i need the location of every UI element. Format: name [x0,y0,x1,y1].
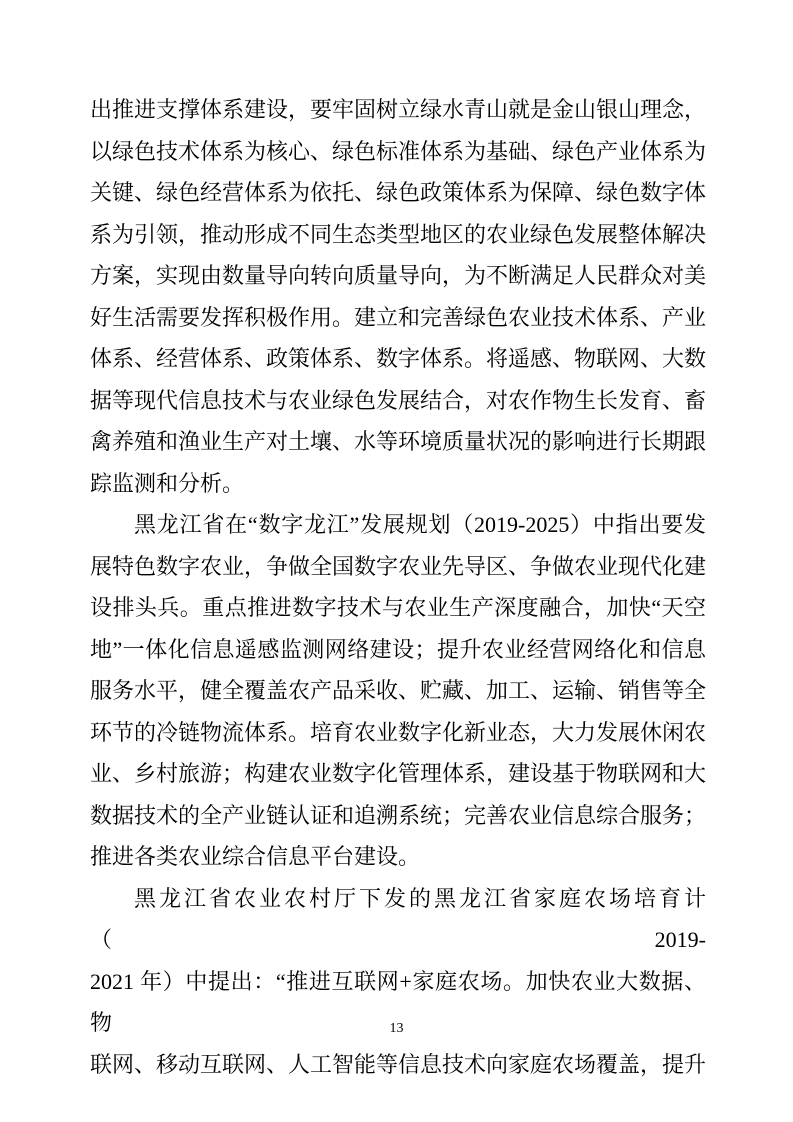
text-line: 关键、绿色经营体系为依托、绿色政策体系为保障、绿色数字体 [90,172,706,214]
text-line: 踪监测和分析。 [90,463,706,505]
text-line: 地”一体化信息遥感监测网络建设；提升农业经营网络化和信息 [90,629,706,671]
text-line: 据等现代信息技术与农业绿色发展结合，对农作物生长发育、畜 [90,380,706,422]
text-line: 禽养殖和渔业生产对土壤、水等环境质量状况的影响进行长期跟 [90,421,706,463]
text-line: 黑龙江省农业农村厅下发的黑龙江省家庭农场培育计（2019- [90,878,706,961]
text-line: 以绿色技术体系为核心、绿色标准体系为基础、绿色产业体系为 [90,131,706,173]
text-line: 数据技术的全产业链认证和追溯系统；完善农业信息综合服务； [90,795,706,837]
text-line: 环节的冷链物流体系。培育农业数字化新业态，大力发展休闲农 [90,712,706,754]
text-line: 方案，实现由数量导向转向质量导向，为不断满足人民群众对美 [90,255,706,297]
text-line: 展特色数字农业，争做全国数字农业先导区、争做农业现代化建 [90,546,706,588]
text-line: 体系、经营体系、政策体系、数字体系。将遥感、物联网、大数 [90,338,706,380]
text-line: 系为引领，推动形成不同生态类型地区的农业绿色发展整体解决 [90,214,706,256]
text-line: 设排头兵。重点推进数字技术与农业生产深度融合，加快“天空 [90,587,706,629]
text-line: 业、乡村旅游；构建农业数字化管理体系，建设基于物联网和大 [90,753,706,795]
text-line: 联网、移动互联网、人工智能等信息技术向家庭农场覆盖，提升 [90,1044,706,1086]
text-line: 服务水平，健全覆盖农产品采收、贮藏、加工、运输、销售等全 [90,670,706,712]
document-body: 出推进支撑体系建设，要牢固树立绿水青山就是金山银山理念，以绿色技术体系为核心、绿… [90,89,706,1085]
text-line: 黑龙江省在“数字龙江”发展规划（2019-2025）中指出要发 [90,504,706,546]
text-line: 好生活需要发挥积极作用。建立和完善绿色农业技术体系、产业 [90,297,706,339]
text-line: 推进各类农业综合信息平台建设。 [90,836,706,878]
page-number: 13 [0,1021,793,1037]
text-line: 出推进支撑体系建设，要牢固树立绿水青山就是金山银山理念， [90,89,706,131]
document-page: 出推进支撑体系建设，要牢固树立绿水青山就是金山银山理念，以绿色技术体系为核心、绿… [0,0,793,1122]
